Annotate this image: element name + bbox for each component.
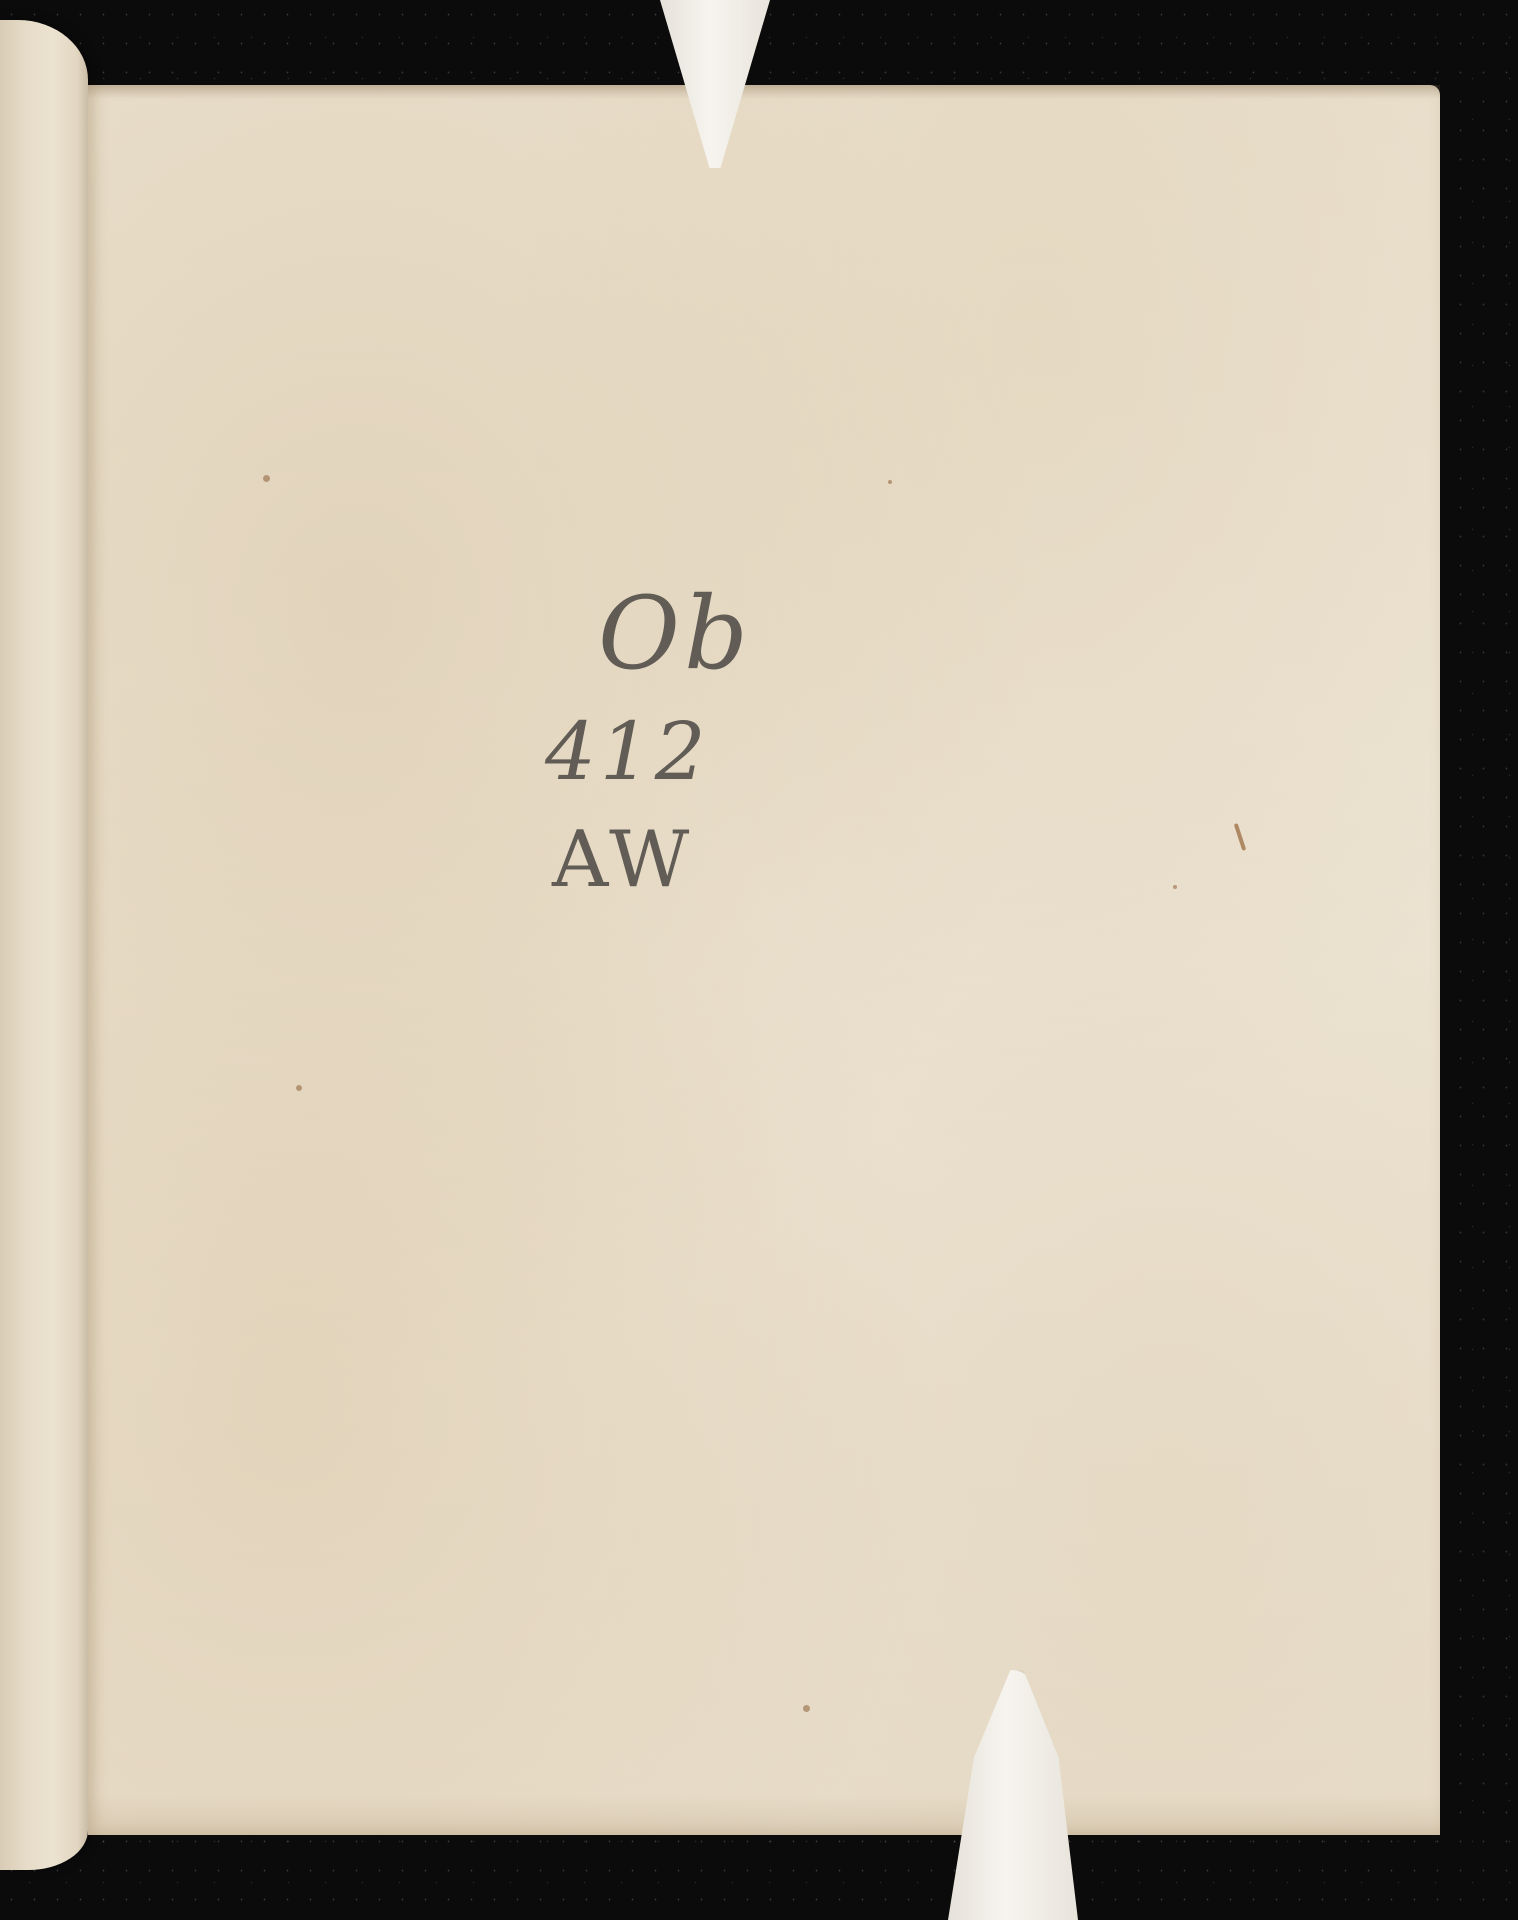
foxing-spot: [296, 1085, 302, 1091]
left-page-curl: [0, 20, 88, 1870]
page-top-edge: [88, 85, 1440, 99]
shelfmark-line-1: Ob: [598, 575, 752, 692]
paper-fleck: [1234, 823, 1246, 851]
foxing-spot: [1173, 885, 1177, 889]
foxing-spot: [263, 475, 270, 482]
flyleaf-page: [88, 85, 1440, 1835]
shelfmark-line-3: AW: [552, 815, 693, 905]
page-bottom-edge: [88, 1795, 1440, 1835]
foxing-spot: [888, 480, 892, 484]
foxing-spot: [803, 1705, 810, 1712]
shelfmark-line-2: 412: [545, 705, 710, 798]
